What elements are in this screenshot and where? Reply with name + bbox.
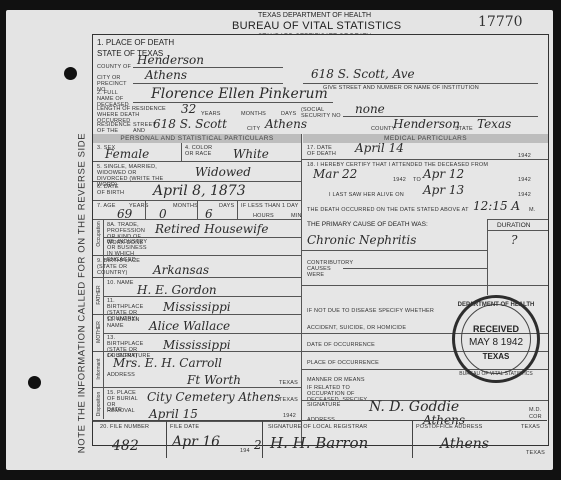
birthplace-label: 9. BIRTHPLACE (STATE OR COUNTRY) — [97, 258, 141, 276]
attended-from-year: 1942 — [393, 177, 406, 183]
last-saw-label: I LAST SAW HER ALIVE ON — [329, 192, 404, 198]
file-year-suffix: 2 — [254, 438, 262, 452]
time-suffix: M. — [529, 207, 536, 213]
department-title: TEXAS DEPARTMENT OF HEALTH — [258, 12, 371, 19]
ssn-label: (SOCIAL SECURITY NO — [301, 107, 341, 119]
mother-name-label: 12. MAIDEN NAME — [107, 317, 141, 329]
certificate-number: 17770 — [478, 14, 523, 30]
ssn-value: none — [355, 102, 385, 116]
months-label: MONTHS — [241, 111, 266, 117]
postoffice-label: POSTOFFICE ADDRESS — [416, 424, 482, 430]
file-date-label: FILE DATE — [170, 424, 199, 430]
residence-city-label: CITY — [247, 126, 260, 132]
accident-label: ACCIDENT, SUICIDE, OR HOMICIDE — [307, 325, 406, 331]
father-name: H. E. Gordon — [137, 283, 217, 297]
stamp-state: TEXAS — [455, 352, 537, 361]
father-tab: FATHER — [95, 277, 103, 313]
residence-years: 32 — [181, 102, 196, 116]
manner-label: MANNER OR MEANS — [307, 377, 365, 383]
registrar-signature: H. H. Barron — [270, 434, 368, 452]
color-label: 4. COLOR OR RACE — [185, 145, 221, 157]
personal-section-title: PERSONAL AND STATISTICAL PARTICULARS — [93, 134, 301, 143]
texas-label: TEXAS — [279, 397, 298, 403]
physician-signature-label: SIGNATURE — [307, 402, 340, 408]
disposition-tab: Disposition — [95, 387, 103, 421]
registrar-label: SIGNATURE OF LOCAL REGISTRAR — [268, 424, 367, 430]
informant-address: Ft Worth — [187, 373, 241, 387]
residence-county: Henderson — [393, 117, 460, 131]
file-date: Apr 16 — [172, 434, 220, 450]
to-label: TO — [413, 177, 421, 183]
attended-to-year: 1942 — [518, 177, 531, 183]
dob-label: 6. DATE OF BIRTH — [97, 184, 127, 196]
last-saw-date: Apr 13 — [423, 183, 464, 197]
residence-state: Texas — [477, 117, 511, 131]
punch-hole — [64, 67, 77, 80]
death-certificate-form: 1. PLACE OF DEATH STATE OF TEXAS COUNTY … — [92, 34, 549, 446]
file-number: 482 — [112, 438, 139, 454]
file-number-label: 20. FILE NUMBER — [100, 424, 149, 430]
bureau-title: BUREAU OF VITAL STATISTICS — [232, 20, 401, 32]
age-less-label: IF LESS THAN 1 DAY — [241, 203, 301, 209]
stamp-ring-bottom: BUREAU OF VITAL STATISTICS — [455, 371, 537, 377]
burial-year: 1942 — [283, 413, 296, 419]
side-note-text: NOTE THE INFORMATION CALLED FOR ON THE R… — [77, 133, 88, 453]
informant-tab: Informant — [95, 351, 103, 387]
received-stamp: DEPARTMENT OF HEALTH RECEIVED MAY 8 1942… — [452, 295, 540, 383]
age-days-label: DAYS — [219, 203, 234, 209]
residence-street: 618 S. Scott — [153, 117, 227, 131]
duration-label: DURATION — [497, 222, 530, 229]
cause-label: THE PRIMARY CAUSE OF DEATH WAS: — [307, 221, 428, 228]
county-value: Henderson — [137, 53, 204, 67]
attended-to: Apr 12 — [423, 167, 464, 181]
residence-city: Athens — [265, 117, 307, 131]
street-hint: GIVE STREET AND NUMBER OR NAME OF INSTIT… — [323, 85, 479, 91]
md-label: M.D. — [529, 407, 541, 413]
texas-label: TEXAS — [279, 380, 298, 386]
death-date: April 14 — [355, 141, 404, 155]
stamp-received: RECEIVED — [455, 324, 537, 334]
father-name-label: 10. NAME — [107, 280, 134, 286]
informant-signature: Mrs. E. H. Carroll — [113, 356, 222, 370]
postoffice-address: Athens — [440, 436, 489, 452]
texas-label: TEXAS — [526, 450, 545, 456]
sex-value: Female — [105, 147, 149, 161]
birthplace-value: Arkansas — [153, 263, 209, 277]
contributory-label: CONTRIBUTORY CAUSES WERE — [307, 260, 347, 278]
punch-hole — [28, 376, 41, 389]
county-label: COUNTY OF — [97, 64, 131, 70]
reverse-side-note: NOTE THE INFORMATION CALLED FOR ON THE R… — [74, 118, 90, 468]
stamp-date: MAY 8 1942 — [455, 337, 537, 348]
residence-state-label: STATE — [455, 126, 473, 132]
age-label: 7. AGE — [97, 203, 116, 209]
father-birthplace: Mississippi — [163, 300, 231, 314]
primary-cause: Chronic Nephritis — [307, 233, 416, 247]
marital-value: Widowed — [195, 165, 251, 179]
not-disease-label: IF NOT DUE TO DISEASE SPECIFY WHETHER — [307, 308, 434, 314]
street-value: 618 S. Scott, Ave — [311, 67, 415, 81]
stamp-ring-top: DEPARTMENT OF HEALTH — [455, 302, 537, 308]
informant-address-label: ADDRESS — [107, 372, 135, 378]
cause-duration: ? — [511, 233, 517, 247]
occurrence-place-label: PLACE OF OCCURRENCE — [307, 360, 379, 366]
file-year-prefix: 194 — [240, 448, 250, 454]
mother-tab: MOTHER — [95, 314, 103, 350]
burial-date: April 15 — [149, 407, 198, 421]
texas-label: TEXAS — [521, 424, 540, 430]
death-date-label: 17. DATE OF DEATH — [307, 145, 337, 157]
age-months-label: MONTHS — [173, 203, 198, 209]
attended-from: Mar 22 — [313, 167, 357, 181]
trade-value: Retired Housewife — [155, 222, 268, 236]
place-of-death-label: 1. PLACE OF DEATH — [97, 38, 174, 47]
burial-date-label: DATE — [107, 407, 122, 413]
residence-county-label: COUNTY — [371, 126, 395, 132]
occupation-tab: Occupation — [95, 219, 103, 249]
mother-name: Alice Wallace — [149, 319, 230, 333]
mother-birthplace: Mississippi — [163, 338, 231, 352]
occurrence-date-label: DATE OF OCCURRENCE — [307, 342, 375, 348]
time-label: THE DEATH OCCURRED ON THE DATE STATED AB… — [307, 207, 469, 213]
last-saw-year: 1942 — [518, 192, 531, 198]
burial-place: City Cemetery Athens — [147, 390, 280, 404]
medical-section-title: MEDICAL PARTICULARS — [303, 134, 548, 143]
color-value: White — [233, 147, 269, 161]
time-of-death: 12:15 A — [473, 199, 520, 213]
city-value: Athens — [145, 68, 187, 82]
dob-value: April 8, 1873 — [153, 183, 246, 199]
deceased-name: Florence Ellen Pinkerum — [151, 86, 328, 102]
